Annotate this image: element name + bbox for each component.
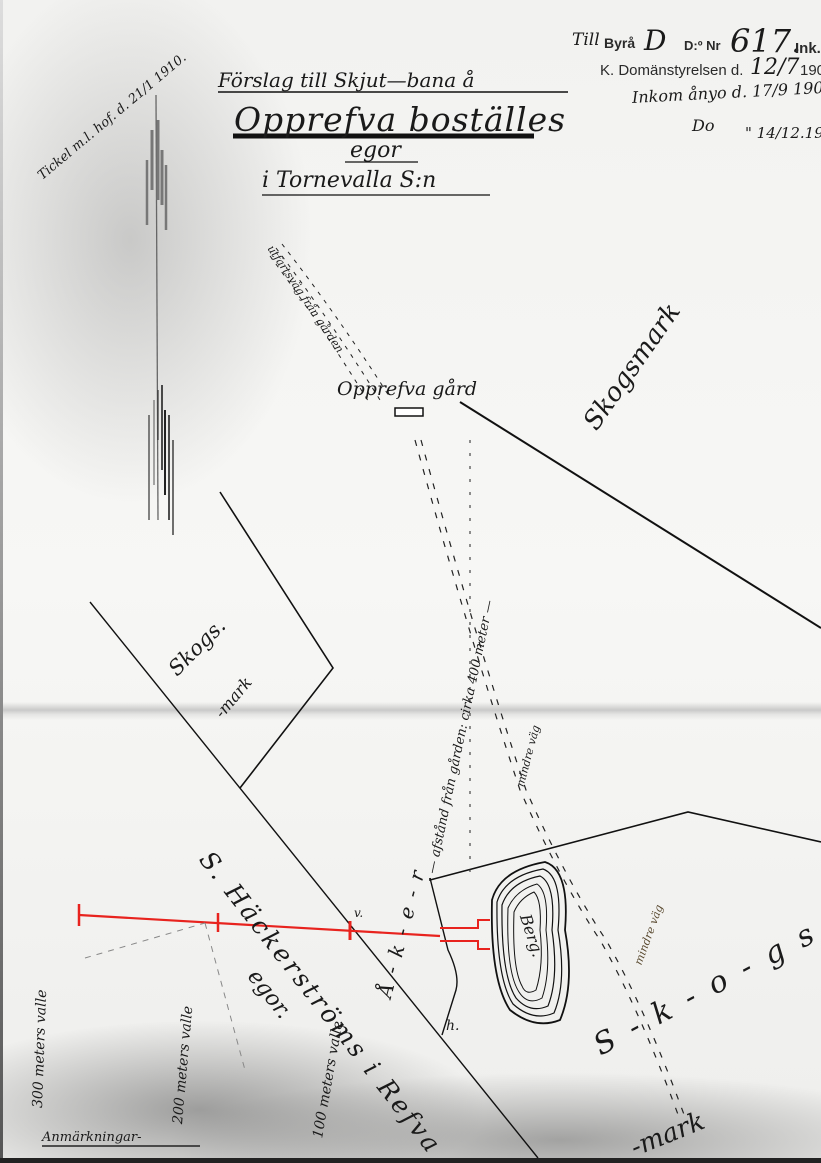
- scanned-map-page: Förslag till Skjut—bana å Opprefva bostä…: [0, 0, 821, 1163]
- title-line-1: Förslag till Skjut—bana å: [218, 68, 474, 92]
- annotations-heading: Anmärkningar-: [42, 1130, 142, 1145]
- stamp-dnr-label: D:º Nr: [684, 38, 721, 53]
- stamp-byra-label: Byrå: [604, 35, 635, 51]
- farm-building-icon: [395, 408, 423, 416]
- stamp-year: 190: [800, 62, 821, 79]
- marker-h: h.: [446, 1018, 459, 1034]
- marker-v: v.: [354, 906, 363, 920]
- stamp-ditto-mark: Do: [692, 116, 714, 135]
- title-line-4: i Tornevalla S:n: [262, 168, 436, 193]
- stamp-prefix: Till: [572, 30, 600, 50]
- stamp-authority: K. Domänstyrelsen d.: [600, 62, 743, 79]
- label-farm: Opprefva gård: [337, 378, 477, 400]
- title-line-3: egor: [350, 138, 401, 163]
- stamp-date-received: 12/7: [750, 55, 799, 80]
- stamp-byra-value: D: [644, 24, 666, 57]
- north-arrow-icon: [147, 95, 173, 535]
- title-line-2: Opprefva boställes: [234, 100, 566, 139]
- stamp-reentry-date-2: " 14/12.19: [745, 124, 821, 142]
